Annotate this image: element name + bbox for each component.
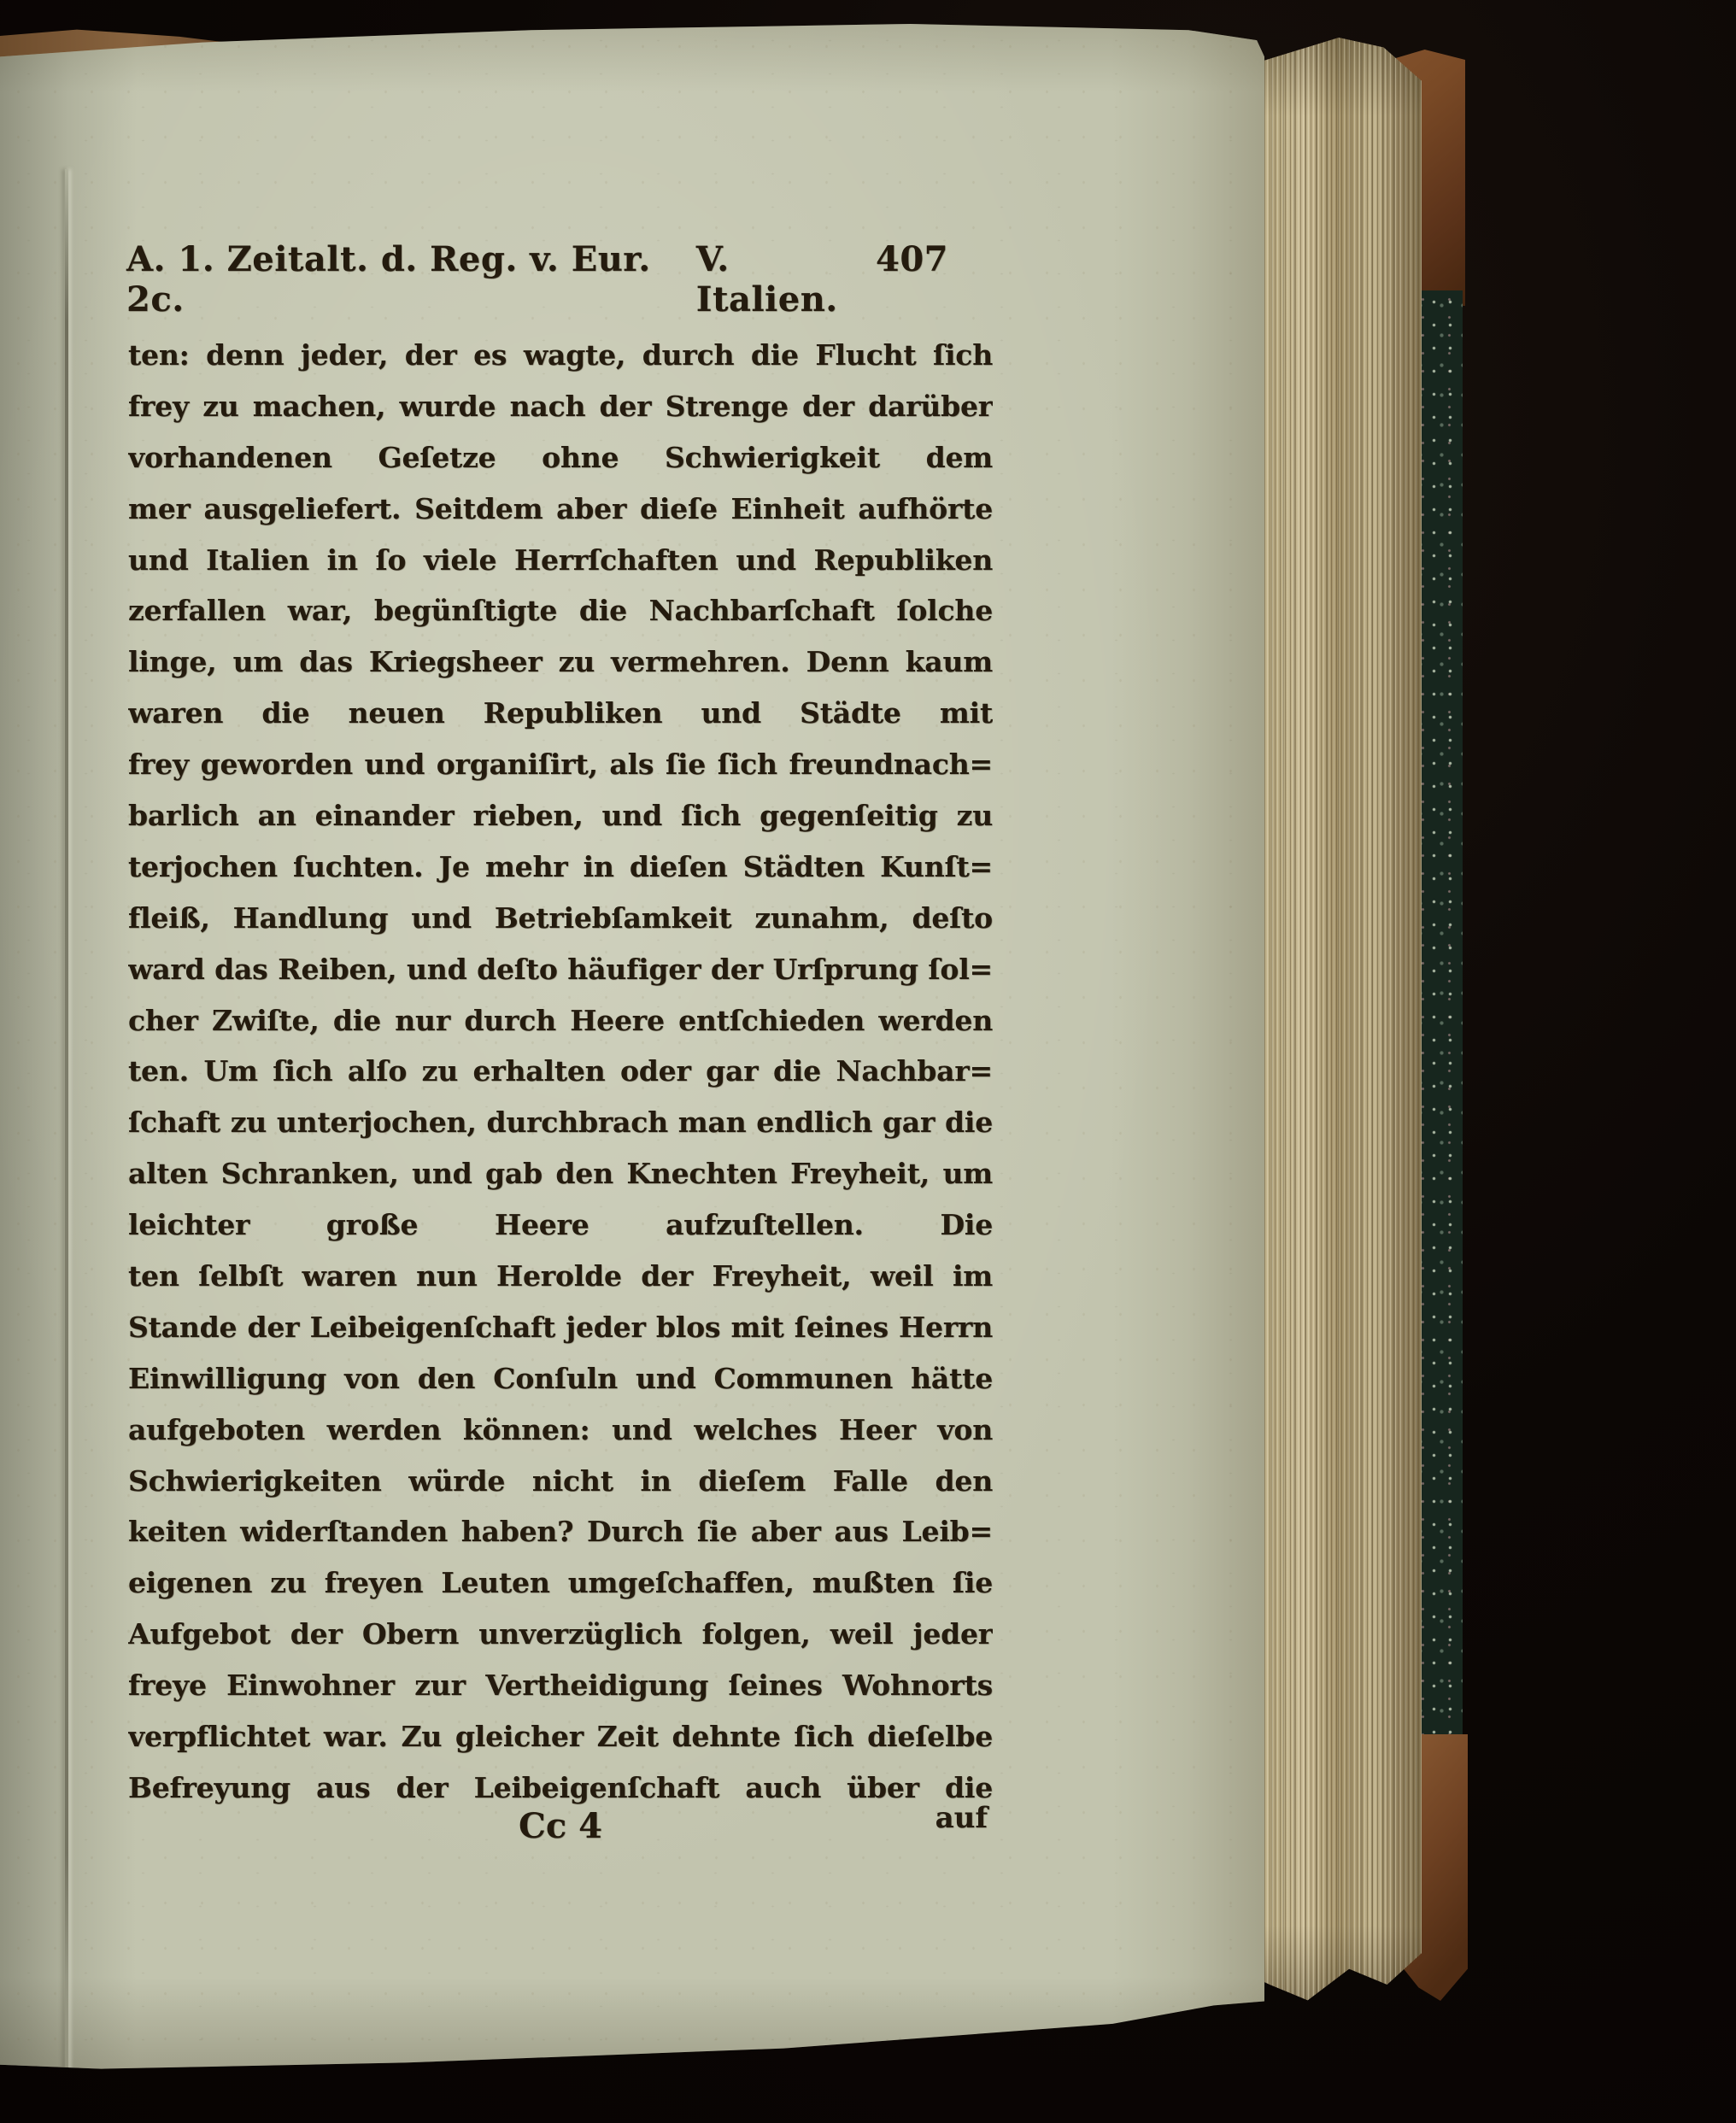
- text-line: frey geworden und organiſirt, als ſie ſi…: [128, 739, 993, 790]
- text-line: ward das Reiben, und deſto häufiger der …: [128, 944, 993, 995]
- text-line: Stande der Leibeigenſchaft jeder blos mi…: [128, 1302, 993, 1353]
- text-line: zerfallen war, begünſtigte die Nachbarſc…: [128, 585, 993, 636]
- text-line: verpflichtet war. Zu gleicher Zeit dehnt…: [128, 1711, 993, 1762]
- body-text: ten: denn jeder, der es wagte, durch die…: [128, 330, 993, 1814]
- book-page: A. 1. Zeitalt. d. Reg. v. Eur. 2c. V. It…: [0, 24, 1264, 2071]
- text-line: ſchaft zu unterjochen, durchbrach man en…: [128, 1097, 993, 1148]
- text-line: linge, um das Kriegsheer zu vermehren. D…: [128, 636, 993, 688]
- page-number: 407: [876, 239, 948, 279]
- text-line: leichter große Heere aufzuſtellen. Die S…: [128, 1199, 993, 1251]
- text-line: eigenen zu freyen Leuten umgeſchaffen, m…: [128, 1557, 993, 1609]
- text-line: alten Schranken, und gab den Knechten Fr…: [128, 1148, 993, 1199]
- text-line: und Italien in ſo viele Herrſchaften und…: [128, 535, 993, 586]
- text-line: frey zu machen, wurde nach der Strenge d…: [128, 381, 993, 432]
- catchword: auf: [935, 1801, 988, 1835]
- signature-mark: Cc 4: [519, 1806, 602, 1846]
- photograph-background: A. 1. Zeitalt. d. Reg. v. Eur. 2c. V. It…: [0, 0, 1736, 2123]
- text-line: ten ſelbſt waren nun Herolde der Freyhei…: [128, 1251, 993, 1302]
- text-line: mer ausgeliefert. Seitdem aber dieſe Ein…: [128, 484, 993, 535]
- text-line: Schwierigkeiten würde nicht in dieſem Fa…: [128, 1456, 993, 1507]
- book-fore-edge-pages: [1249, 38, 1422, 2004]
- text-line: Einwilligung von den Conſuln und Commune…: [128, 1353, 993, 1405]
- text-line: waren die neuen Republiken und Städte mi…: [128, 688, 993, 739]
- page-footer: Cc 4 auf: [128, 1806, 993, 1866]
- page-header: A. 1. Zeitalt. d. Reg. v. Eur. 2c. V. It…: [126, 239, 948, 320]
- text-line: aufgeboten werden können: und welches He…: [128, 1405, 993, 1456]
- text-line: keiten widerſtanden haben? Durch ſie abe…: [128, 1506, 993, 1557]
- text-line: terjochen ſuchten. Je mehr in dieſen Stä…: [128, 842, 993, 893]
- text-line: Aufgebot der Obern unverzüglich folgen, …: [128, 1609, 993, 1660]
- text-line: ten. Um ſich alſo zu erhalten oder gar d…: [128, 1046, 993, 1097]
- text-line: vorhandenen Geſetze ohne Schwierigkeit d…: [128, 432, 993, 484]
- running-title-section: A. 1. Zeitalt. d. Reg. v. Eur. 2c.: [126, 239, 696, 320]
- running-title-chapter: V. Italien.: [696, 239, 876, 320]
- text-line: fleiß, Handlung und Betriebſamkeit zunah…: [128, 893, 993, 944]
- text-line: freye Einwohner zur Vertheidigung ſeines…: [128, 1660, 993, 1711]
- text-line: ten: denn jeder, der es wagte, durch die…: [128, 330, 993, 381]
- gutter-crease: [65, 169, 68, 2083]
- text-line: cher Zwiſte, die nur durch Heere entſchi…: [128, 995, 993, 1047]
- text-line: barlich an einander rieben, und ſich geg…: [128, 790, 993, 842]
